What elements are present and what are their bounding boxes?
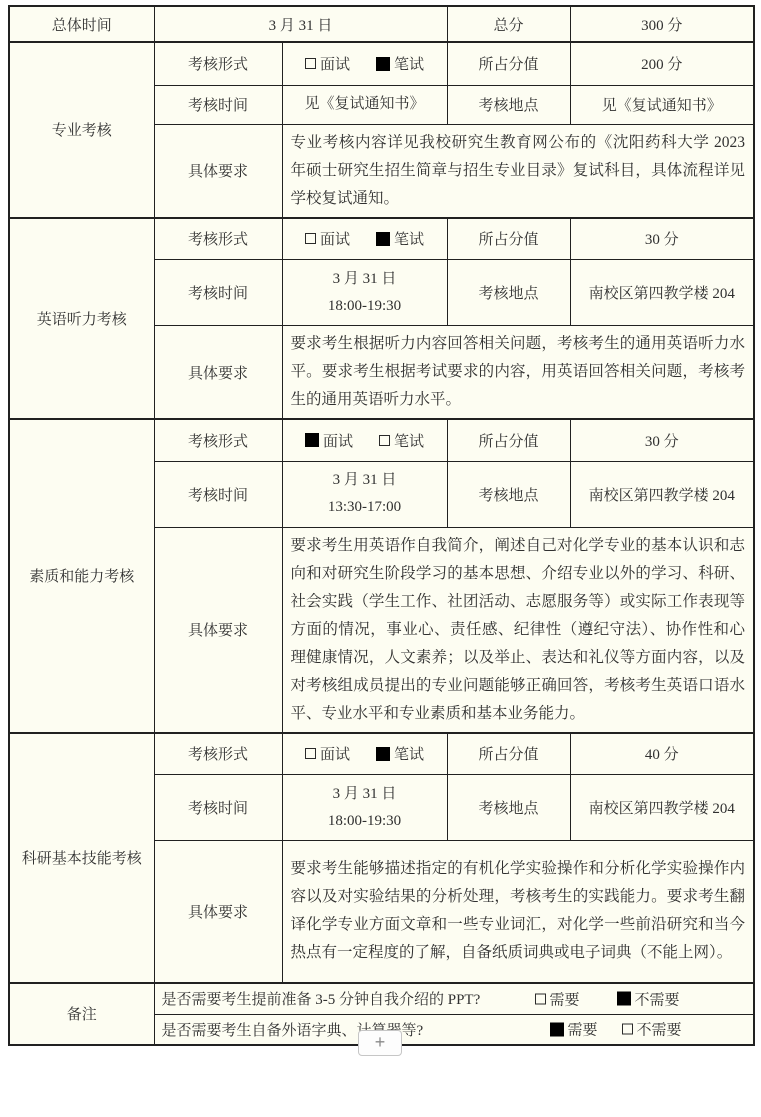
section-form-row: 科研基本技能考核 考核形式 面试 笔试 所占分值 40 分 [9,733,754,775]
requirement-label-cell: 具体要求 [154,124,282,218]
score-label-cell: 所占分值 [447,218,570,260]
section-name-cell: 专业考核 [9,42,154,218]
section-name: 科研基本技能考核 [22,851,142,867]
assessment-schedule-table: 总体时间 3 月 31 日 总分 300 分 专业考核 考核形式 面试 笔试 所… [8,5,755,1046]
place-value-cell: 南校区第四教学楼 204 [570,461,754,527]
form-label-cell: 考核形式 [154,419,282,461]
place-label-cell: 考核地点 [447,461,570,527]
time-label-cell: 考核时间 [154,461,282,527]
form-options: 面试 笔试 [287,743,443,764]
place-label-cell: 考核地点 [447,260,570,326]
form-value-cell: 面试 笔试 [282,218,447,260]
time-value-cell: 见《复试通知书》 [282,85,447,124]
interview-checkbox-icon [305,233,316,244]
not-need-checkbox-icon [622,1024,633,1035]
time-value-cell: 3 月 31 日18:00-19:30 [282,775,447,841]
overall-time-value: 3 月 31 日 [269,18,333,34]
form-value-cell: 面试 笔试 [282,733,447,775]
requirement-text-cell: 要求考生能够描述指定的有机化学实验操作和分析化学实验操作内容以及对实验结果的分析… [282,841,754,983]
not-need-option: 不需要 [617,988,680,1009]
header-row: 总体时间 3 月 31 日 总分 300 分 [9,6,754,42]
score-label-cell: 所占分值 [447,733,570,775]
requirement-label-cell: 具体要求 [154,841,282,983]
section-form-row: 素质和能力考核 考核形式 面试 笔试 所占分值 30 分 [9,419,754,461]
score-label-cell: 所占分值 [447,419,570,461]
need-checkbox-icon [535,993,546,1004]
section-name-cell: 科研基本技能考核 [9,733,154,983]
interview-checkbox-icon [305,58,316,69]
interview-option: 面试 [305,430,353,451]
remarks-row: 备注 是否需要考生提前准备 3-5 分钟自我介绍的 PPT? 需要 不需要 [9,983,754,1015]
requirement-text-cell: 专业考核内容详见我校研究生教育网公布的《沈阳药科大学 2023 年硕士研究生招生… [282,124,754,218]
place-value-cell: 南校区第四教学楼 204 [570,260,754,326]
section-name-cell: 素质和能力考核 [9,419,154,733]
place-label-cell: 考核地点 [447,85,570,124]
document-page: 总体时间 3 月 31 日 总分 300 分 专业考核 考核形式 面试 笔试 所… [0,0,761,1117]
interview-option: 面试 [305,228,350,249]
section-form-row: 英语听力考核 考核形式 面试 笔试 所占分值 30 分 [9,218,754,260]
remark-question-cell: 是否需要考生提前准备 3-5 分钟自我介绍的 PPT? 需要 不需要 [154,983,754,1015]
written-checkbox-icon [376,232,390,246]
section-form-row: 专业考核 考核形式 面试 笔试 所占分值 200 分 [9,42,754,85]
form-value-cell: 面试 笔试 [282,419,447,461]
total-score-label-cell: 总分 [447,6,570,42]
time-label-cell: 考核时间 [154,85,282,124]
not-need-option: 不需要 [622,1019,682,1040]
form-label-cell: 考核形式 [154,42,282,85]
written-checkbox-icon [379,435,390,446]
requirement-label-cell: 具体要求 [154,527,282,733]
score-value-cell: 40 分 [570,733,754,775]
score-value-cell: 30 分 [570,218,754,260]
requirement-label-cell: 具体要求 [154,326,282,420]
score-label-cell: 所占分值 [447,42,570,85]
remarks-label-cell: 备注 [9,983,154,1045]
written-option: 笔试 [379,430,424,451]
form-label-cell: 考核形式 [154,733,282,775]
need-option: 需要 [535,988,580,1009]
not-need-checkbox-icon [617,992,631,1006]
overall-time-label: 总体时间 [52,18,112,34]
interview-option: 面试 [305,743,350,764]
overall-time-value-cell: 3 月 31 日 [154,6,447,42]
remark-question-cell: 是否需要考生自备外语字典、计算器等? 需要 不需要 [154,1015,754,1045]
remarks-label: 备注 [67,1007,97,1023]
section-name: 专业考核 [52,123,112,139]
interview-checkbox-icon [305,748,316,759]
score-value-cell: 200 分 [570,42,754,85]
need-checkbox-icon [550,1022,564,1036]
total-score-value-cell: 300 分 [570,6,754,42]
score-value-cell: 30 分 [570,419,754,461]
written-option: 笔试 [376,53,424,74]
time-value-cell: 3 月 31 日18:00-19:30 [282,260,447,326]
written-checkbox-icon [376,747,390,761]
place-label-cell: 考核地点 [447,775,570,841]
overall-time-label-cell: 总体时间 [9,6,154,42]
section-name-cell: 英语听力考核 [9,218,154,420]
section-name: 英语听力考核 [37,312,127,328]
total-score-value: 300 分 [641,18,682,34]
need-option: 需要 [550,1019,598,1040]
written-checkbox-icon [376,57,390,71]
form-label-cell: 考核形式 [154,218,282,260]
form-options: 面试 笔试 [287,53,443,74]
written-option: 笔试 [376,743,424,764]
requirement-text-cell: 要求考生用英语作自我简介，阐述自己对化学专业的基本认识和志向和对研究生阶段学习的… [282,527,754,733]
form-options: 面试 笔试 [287,228,443,249]
total-score-label: 总分 [494,18,524,34]
form-options: 面试 笔试 [287,430,443,451]
form-value-cell: 面试 笔试 [282,42,447,85]
time-label-cell: 考核时间 [154,775,282,841]
section-name: 素质和能力考核 [29,569,134,585]
add-button[interactable]: + [358,1030,402,1056]
remark-question: 是否需要考生提前准备 3-5 分钟自我介绍的 PPT? [162,992,481,1008]
written-option: 笔试 [376,228,424,249]
time-label-cell: 考核时间 [154,260,282,326]
time-value-cell: 3 月 31 日13:30-17:00 [282,461,447,527]
requirement-text-cell: 要求考生根据听力内容回答相关问题，考核考生的通用英语听力水平。要求考生根据考试要… [282,326,754,420]
interview-checkbox-icon [305,433,319,447]
place-value-cell: 见《复试通知书》 [570,85,754,124]
interview-option: 面试 [305,53,350,74]
place-value-cell: 南校区第四教学楼 204 [570,775,754,841]
